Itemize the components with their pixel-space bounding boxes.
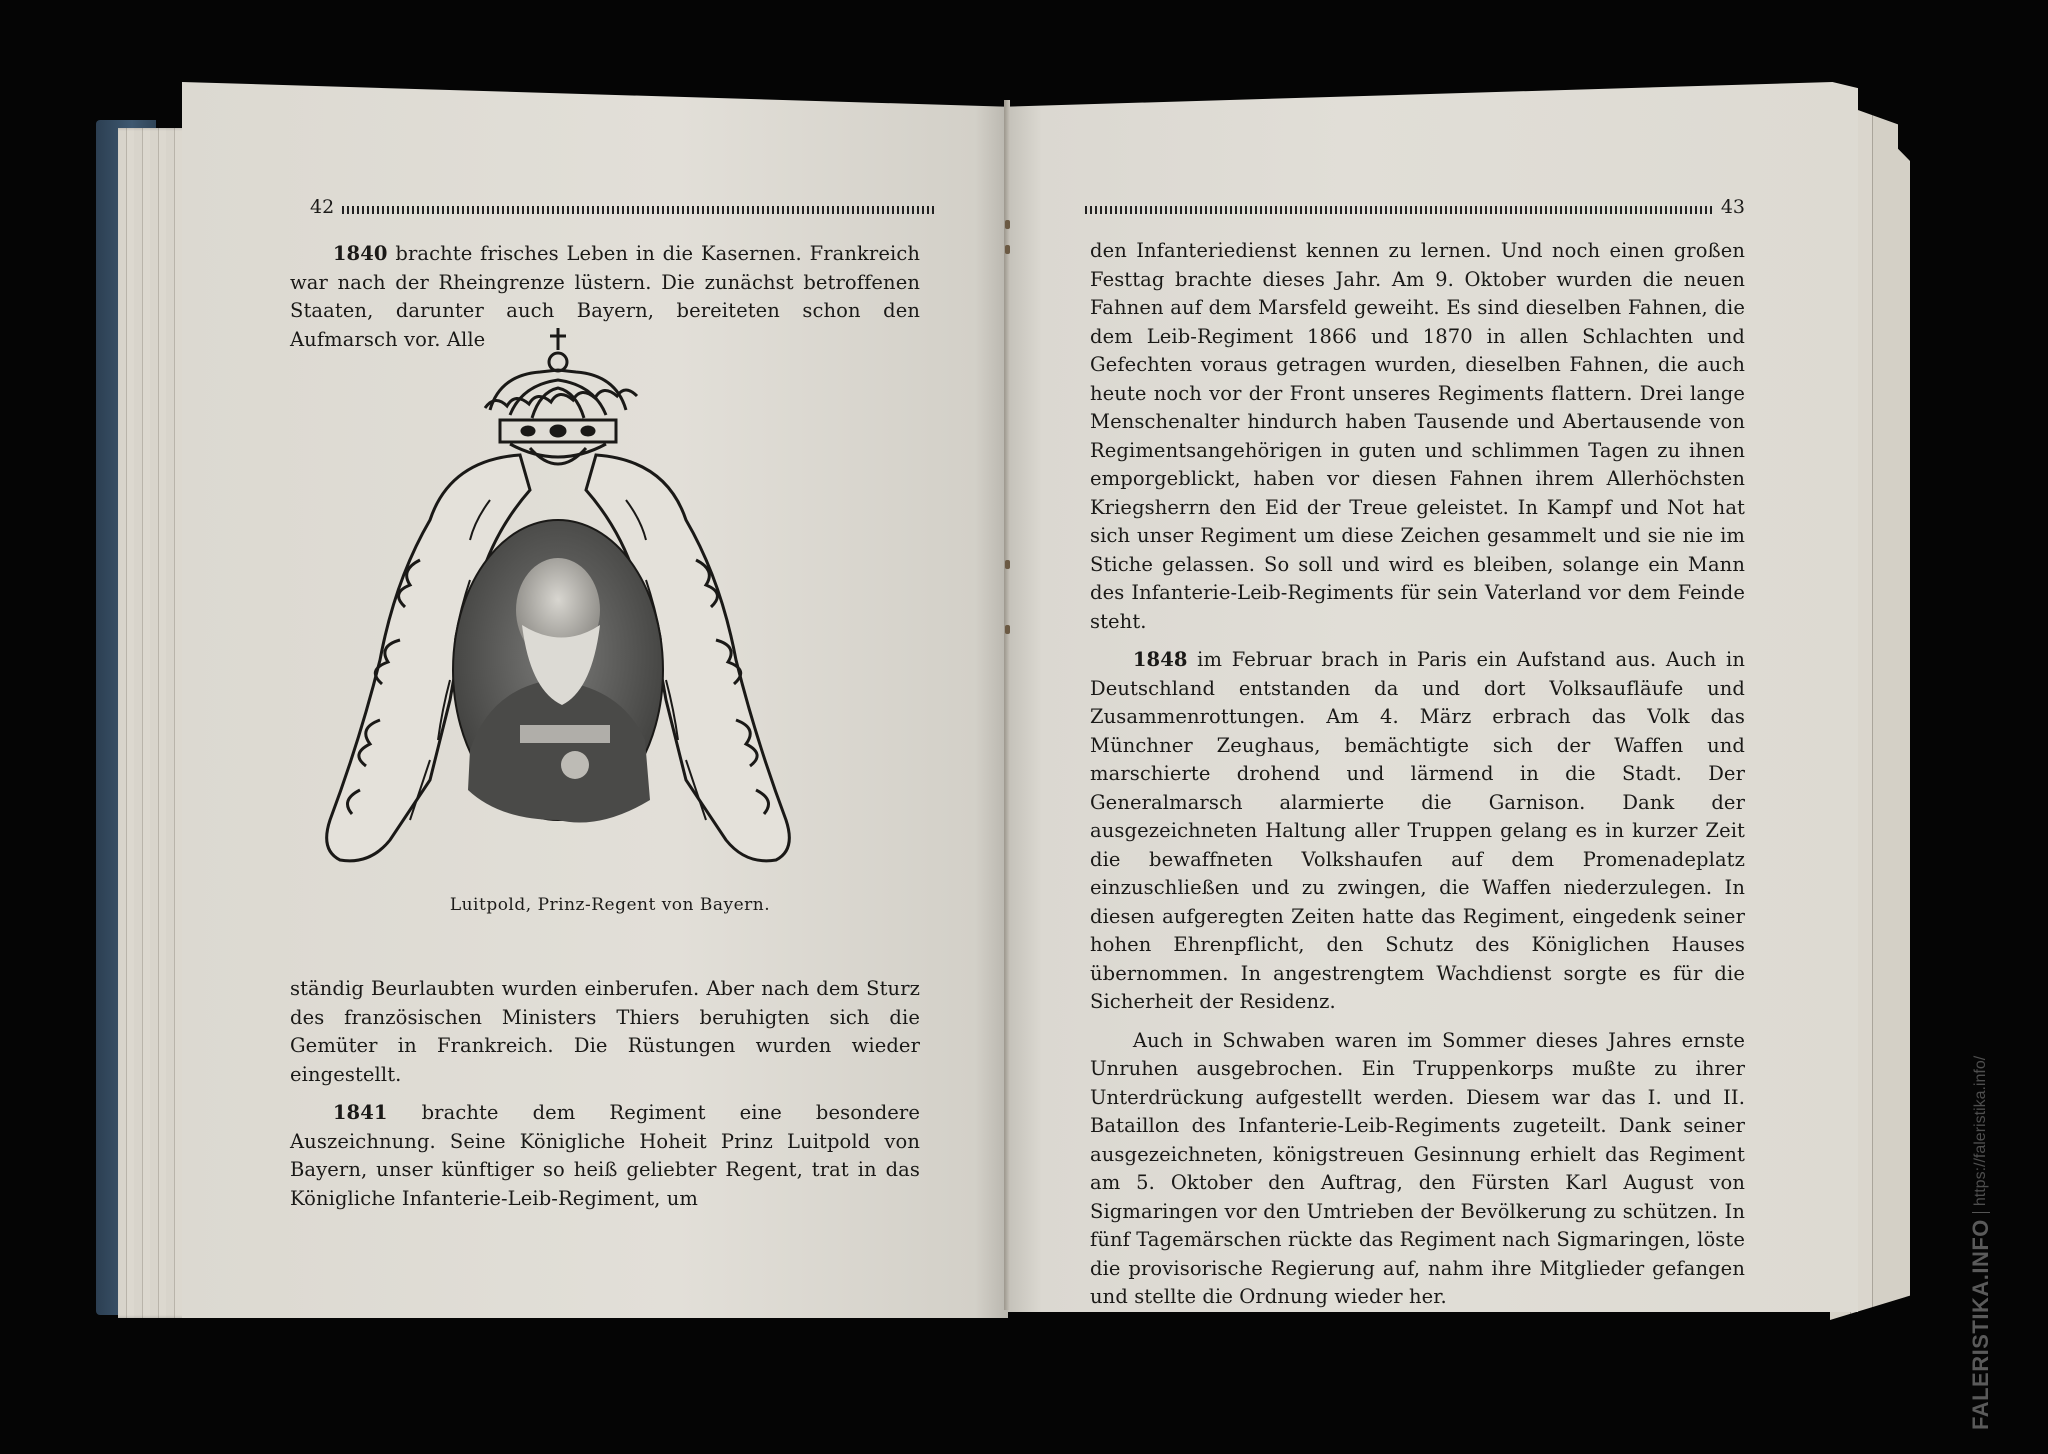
running-head-right: 43 xyxy=(1085,192,1745,218)
page-number-right: 43 xyxy=(1721,196,1745,218)
binding-stitch xyxy=(1005,625,1010,634)
crown-garland-portrait-icon xyxy=(300,320,920,880)
ornamental-rule xyxy=(342,206,935,214)
ornamental-rule xyxy=(1085,206,1713,214)
left-page-stack xyxy=(118,128,188,1318)
book-gutter xyxy=(1004,100,1010,1310)
running-head-left: 42 xyxy=(310,192,935,218)
binding-stitch xyxy=(1005,560,1010,569)
watermark-url: https://faleristika.info/ xyxy=(1972,1056,1990,1213)
paragraph: 1848 im Februar brach in Paris ein Aufst… xyxy=(1090,646,1745,1017)
binding-stitch xyxy=(1005,245,1010,254)
paragraph: den Infanteriedienst kennen zu lernen. U… xyxy=(1090,237,1745,636)
paragraph: Auch in Schwaben waren im Sommer dieses … xyxy=(1090,1027,1745,1312)
left-page-text-bottom: ständig Beurlaubten wurden einberufen. A… xyxy=(290,975,920,1223)
illustration-caption: Luitpold, Prinz-Regent von Bayern. xyxy=(300,895,920,915)
watermark: FALERISTIKA.INFO https://faleristika.inf… xyxy=(1968,1056,1994,1430)
binding-stitch xyxy=(1005,220,1010,229)
paragraph: 1841 brachte dem Regiment eine besondere… xyxy=(290,1099,920,1213)
page-number-left: 42 xyxy=(310,196,334,218)
photo-stage: 42 43 1840 brachte frisches Leben in die… xyxy=(0,0,2048,1454)
right-page-text: den Infanteriedienst kennen zu lernen. U… xyxy=(1090,237,1745,1322)
portrait-illustration xyxy=(300,320,920,880)
paragraph: ständig Beurlaubten wurden einberufen. A… xyxy=(290,975,920,1089)
watermark-brand: FALERISTIKA.INFO xyxy=(1968,1219,1994,1430)
